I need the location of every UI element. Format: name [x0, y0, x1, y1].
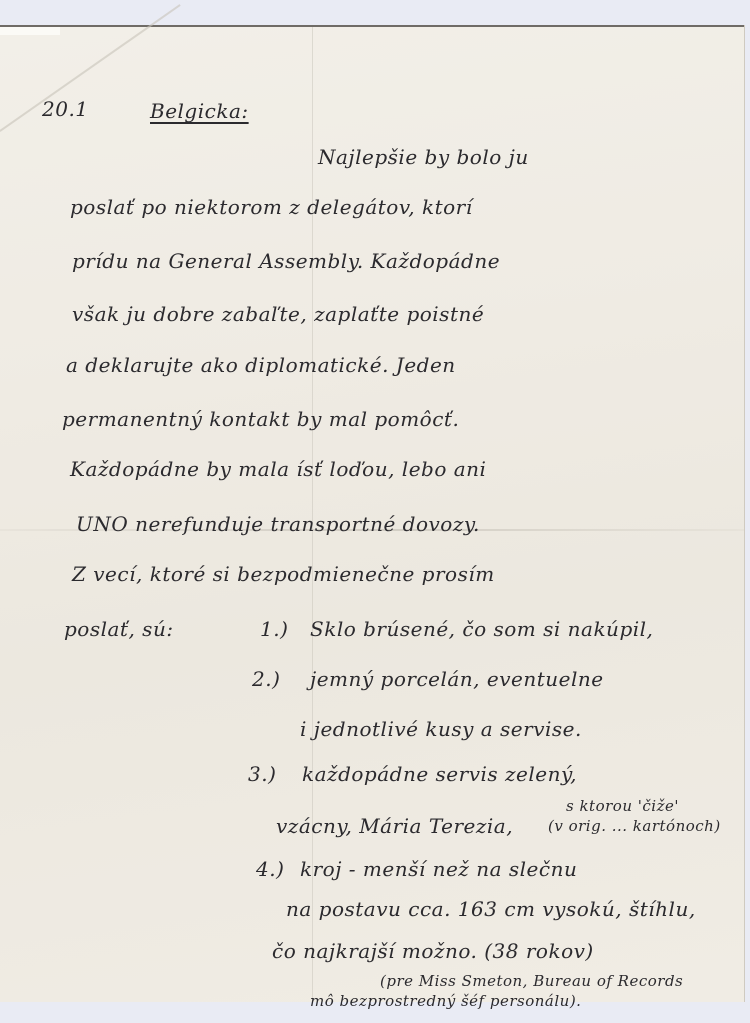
text-line: Najlepšie by bolo ju — [318, 145, 529, 169]
letter-paper: 20.1 Belgicka: Najlepšie by bolo ju posl… — [0, 25, 744, 1002]
text-line: Každopádne by mala ísť loďou, lebo ani — [70, 457, 486, 481]
text-line: prídu na General Assembly. Každopádne — [72, 249, 500, 273]
text-line: však ju dobre zabaľte, zaplaťte poistné — [72, 302, 484, 326]
item-continuation: i jednotlivé kusy a servise. — [300, 717, 582, 741]
footnote-line: mô bezprostredný šéf personálu). — [310, 992, 581, 1010]
text-line: Z vecí, ktoré si bezpodmienečne prosím — [72, 562, 495, 586]
text-line: UNO nerefunduje transportné dovozy. — [76, 512, 480, 536]
item-continuation: vzácny, Mária Terezia, — [276, 814, 513, 838]
item-text: kroj - menší než na slečnu — [300, 857, 577, 881]
item-continuation: čo najkrajší možno. (38 rokov) — [272, 939, 594, 963]
item-number: 2.) — [252, 667, 280, 691]
date: 20.1 — [42, 97, 89, 121]
text-line: poslať po niektorom z delegátov, ktorí — [70, 195, 473, 219]
item-text: každopádne servis zelený, — [302, 762, 577, 786]
text-line: poslať, sú: — [64, 617, 174, 641]
item-number: 1.) — [260, 617, 288, 641]
text-line: permanentný kontakt by mal pomôcť. — [62, 407, 459, 431]
text-line: a deklarujte ako diplomatické. Jeden — [66, 353, 456, 377]
item-continuation: na postavu cca. 163 cm vysokú, štíhlu, — [286, 897, 696, 921]
footnote-line: (pre Miss Smeton, Bureau of Records — [380, 972, 683, 990]
heading: Belgicka: — [150, 99, 249, 123]
item-number: 3.) — [248, 762, 276, 786]
item-text: jemný porcelán, eventuelne — [310, 667, 604, 691]
item-number: 4.) — [256, 857, 284, 881]
margin-note: s ktorou 'čiže' — [566, 797, 679, 815]
margin-note: (v orig. ... kartónoch) — [548, 817, 721, 835]
item-text: Sklo brúsené, čo som si nakúpil, — [310, 617, 653, 641]
